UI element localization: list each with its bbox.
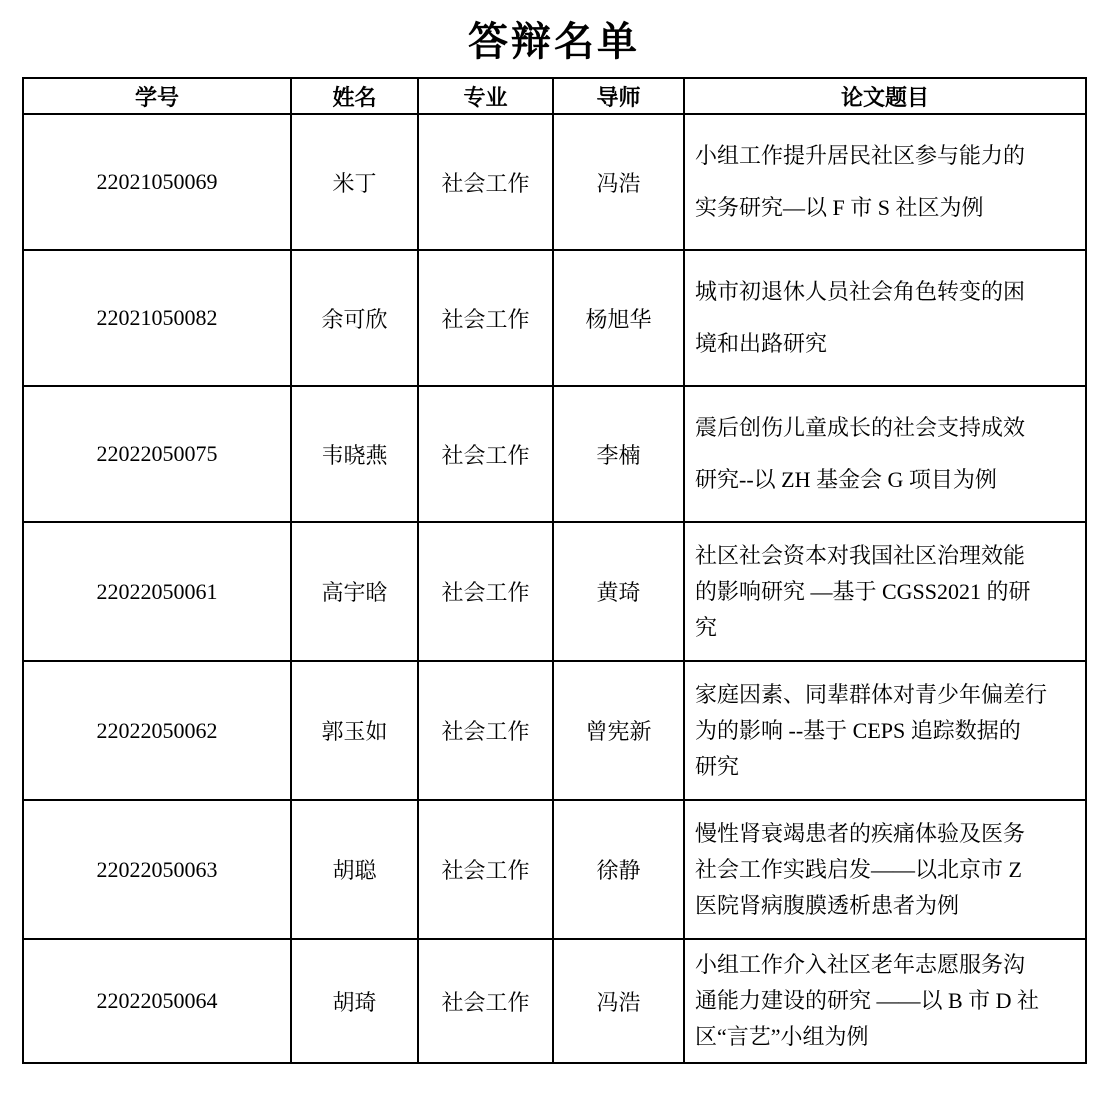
- advisor-cell: 李楠: [553, 386, 684, 522]
- header-advisor: 导师: [553, 78, 684, 114]
- thesis-title-cell: 城市初退休人员社会角色转变的困境和出路研究: [684, 250, 1086, 386]
- thesis-title-line: 医院肾病腹膜透析患者为例: [695, 888, 1075, 924]
- defense-list-table: 学号 姓名 专业 导师 论文题目 22021050069 米丁 社会工作 冯浩 …: [22, 77, 1087, 1064]
- table-row: 22022050061 高宇晗 社会工作 黄琦 社区社会资本对我国社区治理效能的…: [23, 522, 1086, 661]
- table-row: 22021050069 米丁 社会工作 冯浩 小组工作提升居民社区参与能力的实务…: [23, 114, 1086, 250]
- advisor-cell: 黄琦: [553, 522, 684, 661]
- header-name: 姓名: [291, 78, 418, 114]
- thesis-title-line: 小组工作提升居民社区参与能力的: [695, 130, 1075, 182]
- advisor-cell: 冯浩: [553, 114, 684, 250]
- thesis-title-line: 家庭因素、同辈群体对青少年偏差行: [695, 677, 1075, 713]
- advisor-cell: 杨旭华: [553, 250, 684, 386]
- table-row: 22022050075 韦晓燕 社会工作 李楠 震后创伤儿童成长的社会支持成效研…: [23, 386, 1086, 522]
- thesis-title-line: 慢性肾衰竭患者的疾痛体验及医务: [695, 816, 1075, 852]
- thesis-title-line: 城市初退休人员社会角色转变的困: [695, 266, 1075, 318]
- major-cell: 社会工作: [418, 250, 553, 386]
- table-header: 学号 姓名 专业 导师 论文题目: [23, 78, 1086, 114]
- student-id-cell: 22022050063: [23, 800, 291, 939]
- table-row: 22022050063 胡聪 社会工作 徐静 慢性肾衰竭患者的疾痛体验及医务社会…: [23, 800, 1086, 939]
- name-cell: 高宇晗: [291, 522, 418, 661]
- thesis-title-line: 区“言艺”小组为例: [695, 1019, 1075, 1055]
- advisor-cell: 徐静: [553, 800, 684, 939]
- thesis-title-cell: 震后创伤儿童成长的社会支持成效研究--以 ZH 基金会 G 项目为例: [684, 386, 1086, 522]
- major-cell: 社会工作: [418, 939, 553, 1063]
- name-cell: 米丁: [291, 114, 418, 250]
- thesis-title-cell: 小组工作介入社区老年志愿服务沟通能力建设的研究 ——以 B 市 D 社区“言艺”…: [684, 939, 1086, 1063]
- major-cell: 社会工作: [418, 800, 553, 939]
- thesis-title-cell: 小组工作提升居民社区参与能力的实务研究—以 F 市 S 社区为例: [684, 114, 1086, 250]
- page-title: 答辩名单: [0, 0, 1108, 77]
- name-cell: 郭玉如: [291, 661, 418, 800]
- name-cell: 余可欣: [291, 250, 418, 386]
- thesis-title-line: 实务研究—以 F 市 S 社区为例: [695, 182, 1075, 234]
- thesis-title-line: 境和出路研究: [695, 318, 1075, 370]
- thesis-title-line: 研究--以 ZH 基金会 G 项目为例: [695, 454, 1075, 506]
- thesis-title-line: 社会工作实践启发——以北京市 Z: [695, 852, 1075, 888]
- thesis-title-line: 究: [695, 610, 1075, 646]
- major-cell: 社会工作: [418, 386, 553, 522]
- student-id-cell: 22021050082: [23, 250, 291, 386]
- advisor-cell: 冯浩: [553, 939, 684, 1063]
- student-id-cell: 22021050069: [23, 114, 291, 250]
- thesis-title-cell: 社区社会资本对我国社区治理效能的影响研究 —基于 CGSS2021 的研究: [684, 522, 1086, 661]
- header-student-id: 学号: [23, 78, 291, 114]
- name-cell: 胡聪: [291, 800, 418, 939]
- name-cell: 韦晓燕: [291, 386, 418, 522]
- thesis-title-cell: 慢性肾衰竭患者的疾痛体验及医务社会工作实践启发——以北京市 Z医院肾病腹膜透析患…: [684, 800, 1086, 939]
- thesis-title-line: 通能力建设的研究 ——以 B 市 D 社: [695, 983, 1075, 1019]
- name-cell: 胡琦: [291, 939, 418, 1063]
- thesis-title-line: 为的影响 --基于 CEPS 追踪数据的: [695, 713, 1075, 749]
- defense-table-body: 22021050069 米丁 社会工作 冯浩 小组工作提升居民社区参与能力的实务…: [23, 114, 1086, 1063]
- thesis-title-cell: 家庭因素、同辈群体对青少年偏差行为的影响 --基于 CEPS 追踪数据的研究: [684, 661, 1086, 800]
- major-cell: 社会工作: [418, 114, 553, 250]
- major-cell: 社会工作: [418, 522, 553, 661]
- thesis-title-line: 小组工作介入社区老年志愿服务沟: [695, 947, 1075, 983]
- student-id-cell: 22022050061: [23, 522, 291, 661]
- major-cell: 社会工作: [418, 661, 553, 800]
- table-row: 22021050082 余可欣 社会工作 杨旭华 城市初退休人员社会角色转变的困…: [23, 250, 1086, 386]
- document-page: 答辩名单 学号 姓名 专业 导师 论文题目 22021050069 米丁 社会工…: [0, 0, 1108, 1106]
- header-thesis-title: 论文题目: [684, 78, 1086, 114]
- table-row: 22022050064 胡琦 社会工作 冯浩 小组工作介入社区老年志愿服务沟通能…: [23, 939, 1086, 1063]
- thesis-title-line: 研究: [695, 749, 1075, 785]
- thesis-title-line: 社区社会资本对我国社区治理效能: [695, 538, 1075, 574]
- advisor-cell: 曾宪新: [553, 661, 684, 800]
- header-major: 专业: [418, 78, 553, 114]
- header-row: 学号 姓名 专业 导师 论文题目: [23, 78, 1086, 114]
- table-row: 22022050062 郭玉如 社会工作 曾宪新 家庭因素、同辈群体对青少年偏差…: [23, 661, 1086, 800]
- thesis-title-line: 的影响研究 —基于 CGSS2021 的研: [695, 574, 1075, 610]
- student-id-cell: 22022050062: [23, 661, 291, 800]
- thesis-title-line: 震后创伤儿童成长的社会支持成效: [695, 402, 1075, 454]
- student-id-cell: 22022050075: [23, 386, 291, 522]
- student-id-cell: 22022050064: [23, 939, 291, 1063]
